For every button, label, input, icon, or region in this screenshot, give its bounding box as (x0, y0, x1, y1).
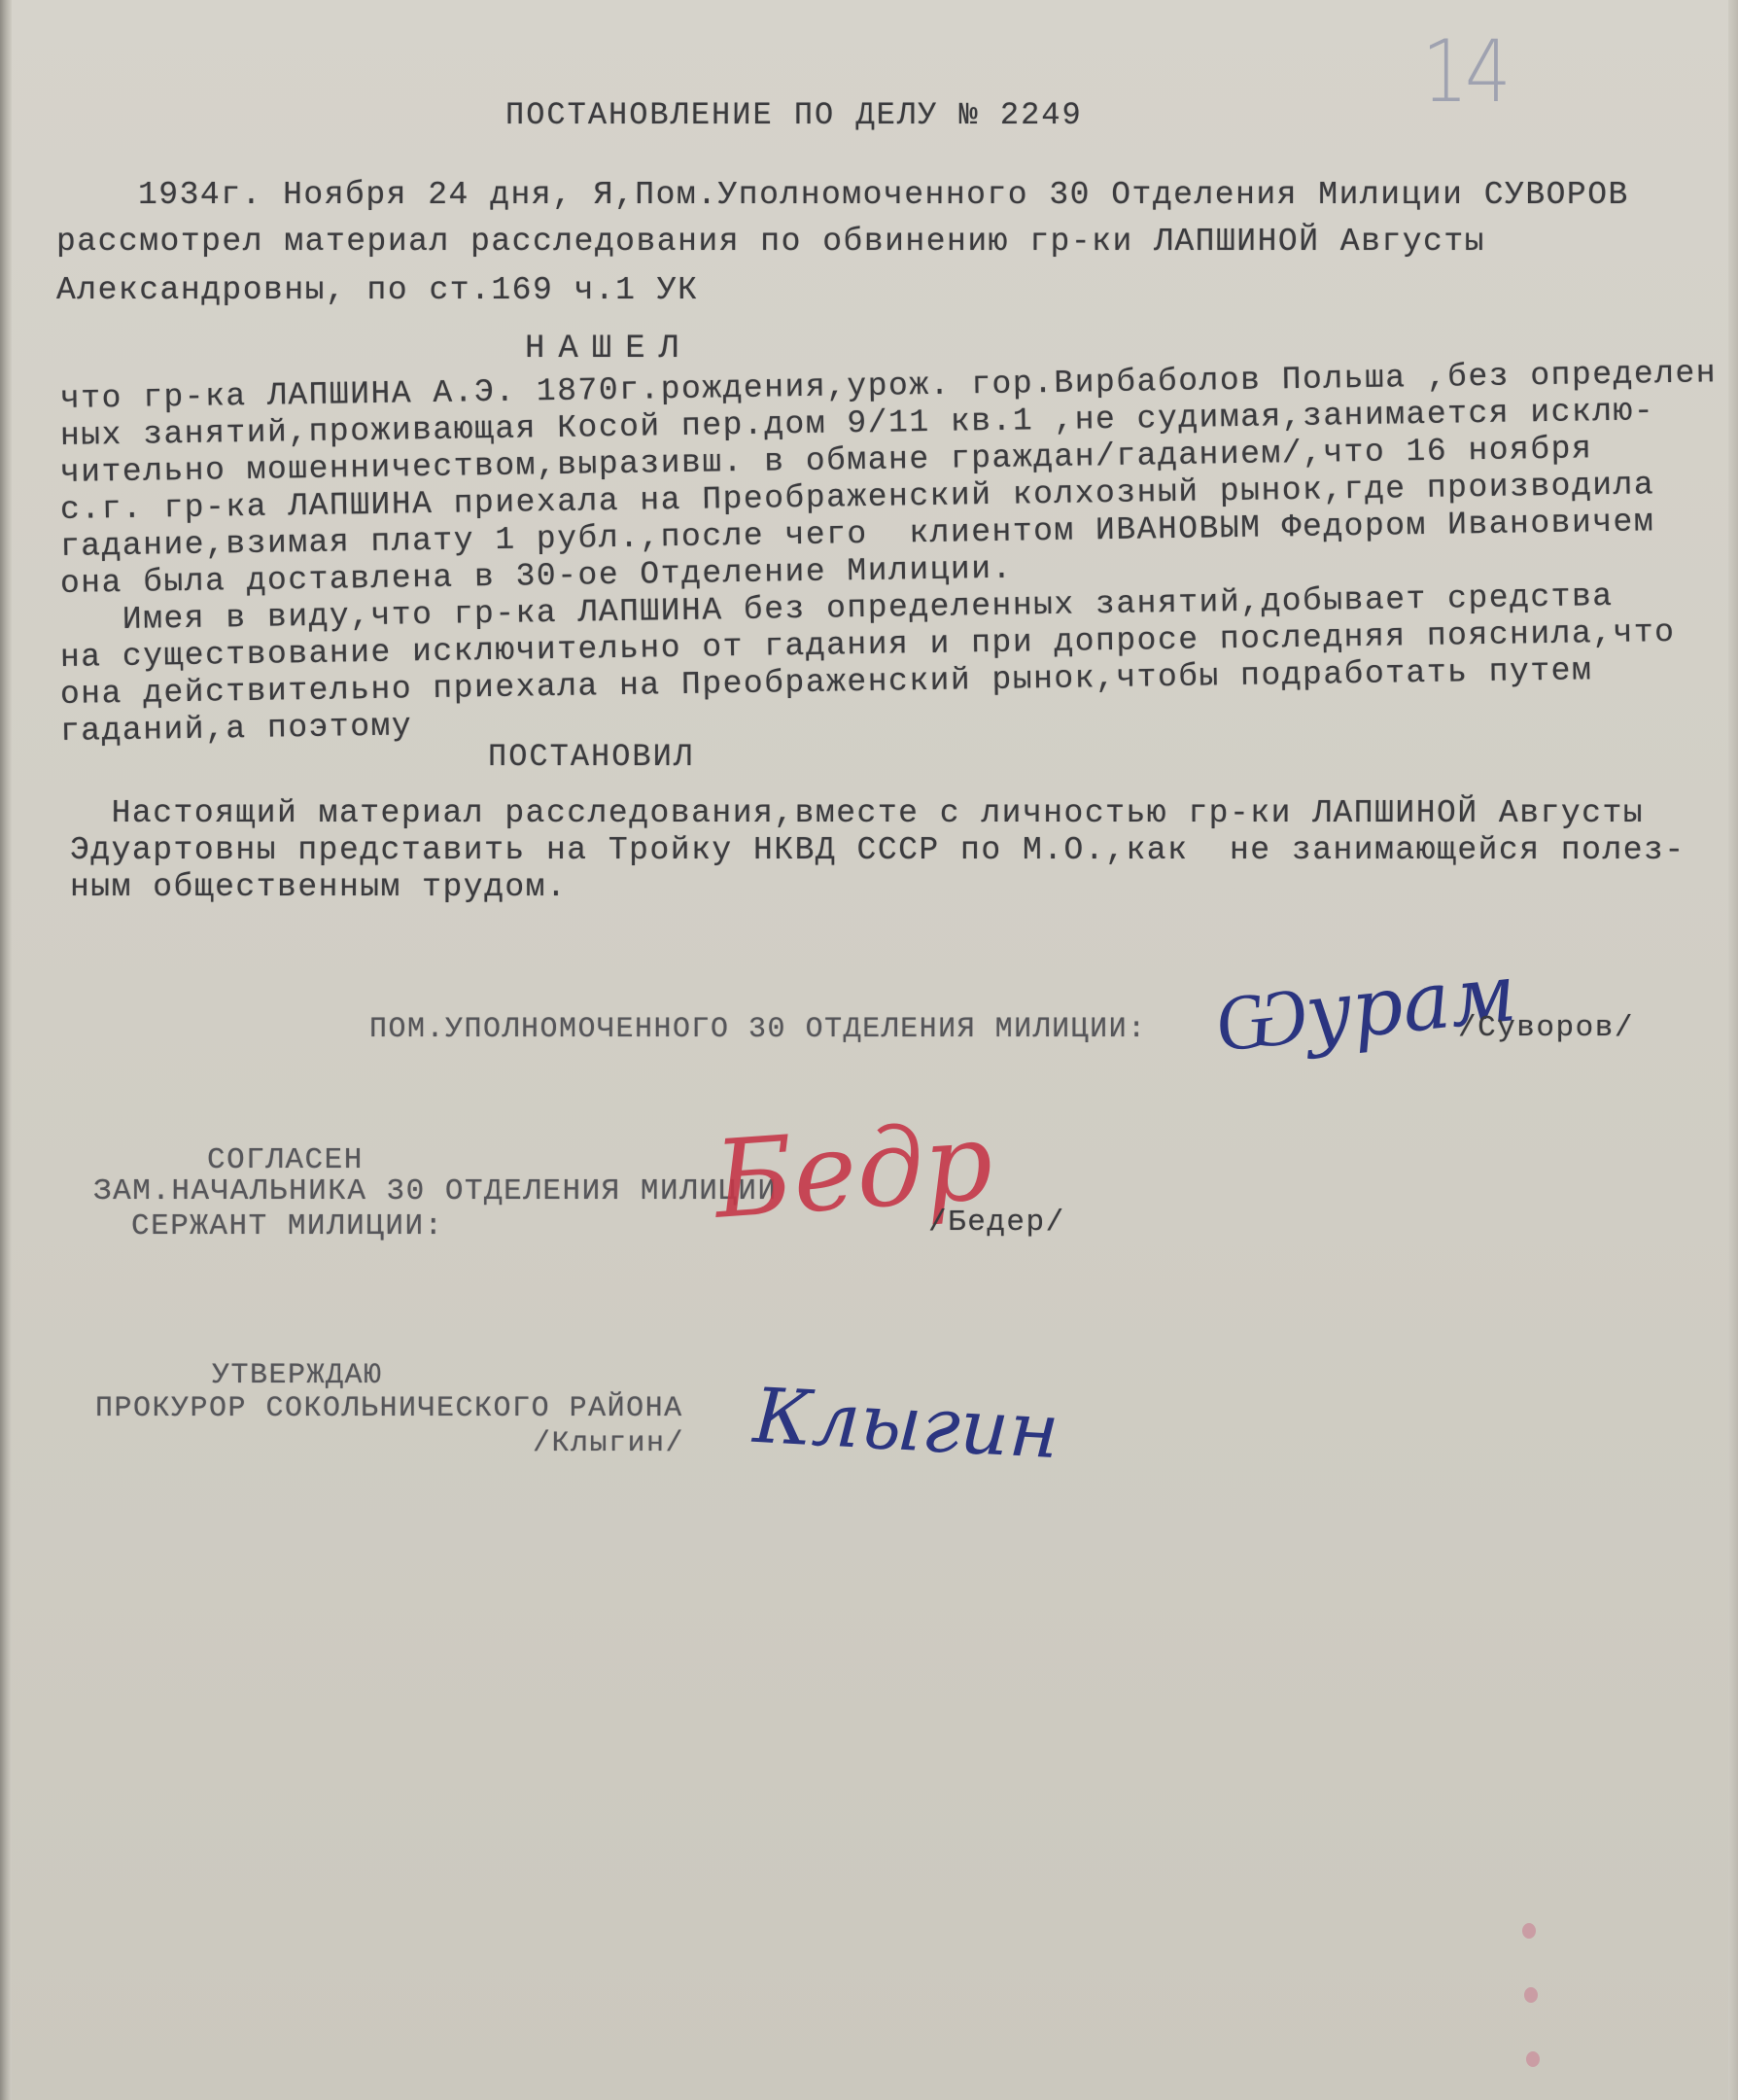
found-line-10: гаданий,а поэтому (60, 708, 413, 750)
resolved-line-2: Эдуартовны представить на Тройку НКВД СС… (70, 832, 1686, 868)
approved-name: /Клыгин/ (533, 1427, 684, 1460)
document-page: 14 ПОСТАНОВЛЕНИЕ ПО ДЕЛУ № 2249 1934г. Н… (0, 0, 1738, 2100)
page-number: 14 (1422, 21, 1508, 122)
page-right-edge (1728, 0, 1738, 2100)
intro-line-2: рассмотрел материал расследования по обв… (56, 224, 1485, 260)
agreed-position-line1: ЗАМ.НАЧАЛЬНИКА 30 ОТДЕЛЕНИЯ МИЛИЦИИ (93, 1174, 778, 1208)
ink-mark (1524, 1987, 1538, 2003)
page-left-edge (0, 0, 12, 2100)
document-title: ПОСТАНОВЛЕНИЕ ПО ДЕЛУ № 2249 (505, 97, 1083, 133)
agreed-position-line2: СЕРЖАНТ МИЛИЦИИ: (131, 1209, 444, 1243)
officer-name: /Суворов/ (1458, 1011, 1634, 1045)
section-heading-found: НАШЕЛ (525, 331, 692, 367)
agreed-name: /Бедер/ (928, 1206, 1065, 1240)
officer-position: ПОМ.УПОЛНОМОЧЕННОГО 30 ОТДЕЛЕНИЯ МИЛИЦИИ… (369, 1013, 1147, 1046)
approved-handwritten-signature: Клыгин (751, 1373, 1061, 1476)
ink-mark (1526, 2051, 1540, 2067)
resolved-line-1: Настоящий материал расследования,вместе … (70, 795, 1644, 831)
intro-line-1: 1934г. Ноября 24 дня, Я,Пом.Уполномоченн… (138, 177, 1629, 213)
officer-handwritten-signature: Ѡурам (1211, 947, 1520, 1070)
section-heading-resolved: ПОСТАНОВИЛ (488, 739, 694, 775)
ink-mark (1522, 1923, 1536, 1939)
resolved-line-3: ным общественным трудом. (70, 869, 567, 905)
intro-line-3: Александровны, по ст.169 ч.1 УК (56, 272, 698, 308)
agreed-heading: СОГЛАСЕН (207, 1143, 364, 1177)
approved-position: ПРОКУРОР СОКОЛЬНИЧЕСКОГО РАЙОНА (95, 1392, 683, 1425)
approved-heading: УТВЕРЖДАЮ (212, 1359, 383, 1392)
